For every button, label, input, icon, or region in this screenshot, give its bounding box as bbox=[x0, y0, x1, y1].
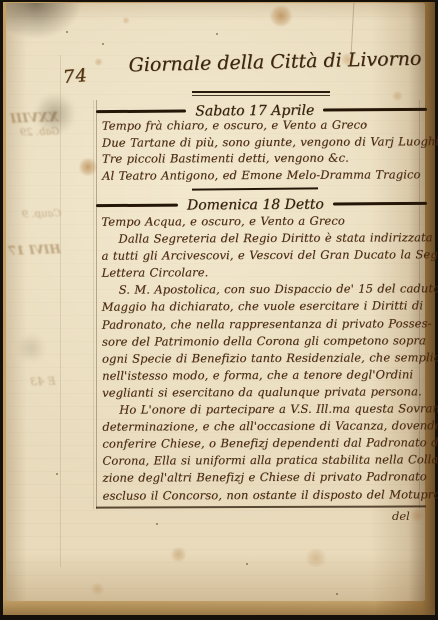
manuscript-line: nell'istesso modo, e forma, che a tenore… bbox=[102, 366, 424, 384]
section-heading-row: Domenica 18 Detto bbox=[96, 195, 427, 214]
manuscript-line: Ho L'onore di partecipare a V.S. Ill.ma … bbox=[102, 400, 424, 418]
manuscript-page: 74 Giornale della Città di Livorno Sabat… bbox=[6, 3, 425, 601]
manuscript-line: Tempo frà chiaro, e oscuro, e Vento a Gr… bbox=[102, 116, 424, 134]
stain bbox=[90, 583, 105, 595]
heading-rule-left bbox=[96, 204, 178, 207]
heading-rule-right bbox=[323, 108, 427, 111]
title-underline bbox=[192, 91, 330, 93]
manuscript-line: Maggio ha dichiarato, che vuole esercita… bbox=[102, 298, 424, 316]
heading-rule-right bbox=[333, 202, 427, 205]
stain bbox=[170, 547, 187, 562]
section-heading: Domenica 18 Detto bbox=[178, 196, 333, 213]
bleed-through-text: Gab. 29 bbox=[20, 126, 60, 138]
manuscript-line: escluso il Concorso, non ostante il disp… bbox=[103, 486, 425, 504]
manuscript-line: sore del Patrimonio della Corona gli com… bbox=[102, 332, 424, 350]
speck bbox=[246, 563, 248, 565]
margin-ruling bbox=[60, 55, 61, 567]
stain bbox=[410, 509, 425, 522]
manuscript-line: Al Teatro Antigono, ed Emone Melo-Dramma… bbox=[102, 166, 424, 184]
stain bbox=[94, 58, 103, 66]
section-divider-rule bbox=[192, 187, 318, 191]
stain bbox=[269, 5, 293, 27]
speck bbox=[66, 31, 68, 33]
speck bbox=[56, 473, 58, 475]
paper-crack bbox=[351, 3, 355, 55]
bleed-through-text: Caup. 9 bbox=[22, 208, 62, 220]
manuscript-line: veglianti si esercitano da qualunque pri… bbox=[102, 383, 424, 401]
speck bbox=[336, 593, 338, 595]
manuscript-line: zione degl'altri Benefizj e Chiese di pr… bbox=[102, 469, 424, 487]
speck bbox=[156, 523, 158, 525]
section-body: Tempo Acqua, e oscuro, e Vento a Greco D… bbox=[101, 212, 424, 504]
heading-rule-left bbox=[96, 110, 186, 113]
speck bbox=[216, 33, 218, 35]
stain bbox=[392, 91, 403, 101]
manuscript-line: Tempo Acqua, e oscuro, e Vento a Greco bbox=[101, 212, 423, 230]
bleed-through-text: HIVI 17 bbox=[8, 242, 61, 258]
manuscript-line: S. M. Apostolica, con suo Dispaccio de' … bbox=[102, 281, 424, 299]
text-frame-left bbox=[96, 100, 97, 509]
stain bbox=[304, 549, 328, 567]
manuscript-line: Due Tartane di più, sono giunte, vengono… bbox=[102, 133, 424, 151]
manuscript-line: Dalla Segreteria del Regio Diritto è sta… bbox=[101, 229, 423, 247]
bleed-through-text: XXVIII bbox=[10, 110, 59, 127]
speck bbox=[102, 43, 104, 45]
section-body: Tempo frà chiaro, e oscuro, e Vento a Gr… bbox=[102, 116, 424, 183]
page-number: 74 bbox=[62, 65, 89, 88]
manuscript-line: ogni Specie di Benefizio tanto Residenzi… bbox=[102, 349, 424, 367]
manuscript-line: Tre piccoli Bastimenti detti, vengono &c… bbox=[102, 149, 424, 167]
bleed-through-text: E 43 bbox=[30, 375, 56, 389]
stain bbox=[78, 158, 98, 176]
manuscript-line: determinazione, e che all'occasione di V… bbox=[102, 417, 424, 435]
text-frame-bottom-rule bbox=[96, 505, 426, 508]
scanned-manuscript-photo: 74 Giornale della Città di Livorno Sabat… bbox=[0, 0, 438, 620]
manuscript-line: Padronato, che nella rappresentanza di p… bbox=[102, 315, 424, 333]
manuscript-line: conferire Chiese, o Benefizj dependenti … bbox=[102, 435, 424, 453]
manuscript-line: Corona, Ella si uniformi alla pratica st… bbox=[102, 452, 424, 470]
speck bbox=[364, 123, 366, 125]
stain bbox=[122, 17, 130, 24]
manuscript-line: Lettera Circolare. bbox=[102, 264, 424, 282]
ink-smudge bbox=[16, 333, 46, 363]
manuscript-line: a tutti gli Arcivescovi, e Vescovi del G… bbox=[102, 246, 424, 264]
catchword: del bbox=[392, 509, 410, 523]
title-underline bbox=[192, 95, 330, 96]
page-title: Giornale della Città di Livorno bbox=[124, 48, 426, 77]
